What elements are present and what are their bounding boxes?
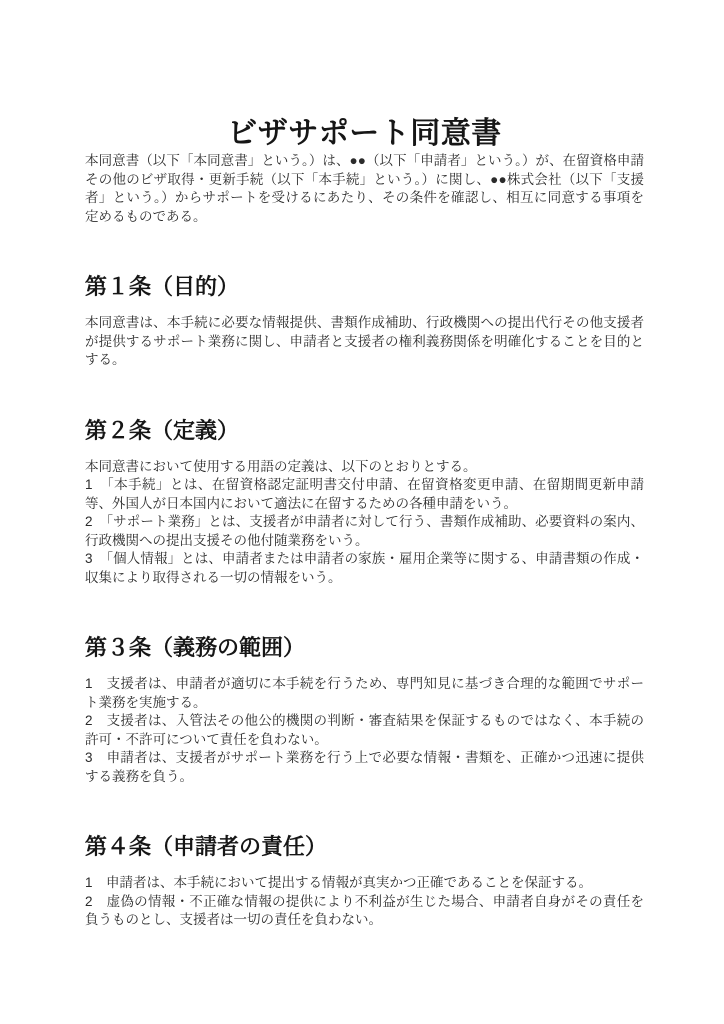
article-4-item-1: 1 申請者は、本手続において提出する情報が真実かつ正確であることを保証する。 [85,874,644,893]
article-2-heading: 第２条（定義） [85,418,644,444]
article-3-item-2: 2 支援者は、入管法その他公的機関の判断・審査結果を保証するものではなく、本手続… [85,712,644,749]
section-article-2: 第２条（定義） 本同意書において使用する用語の定義は、以下のとおりとする。 1 … [85,418,644,588]
article-4-item-2: 2 虚偽の情報・不正確な情報の提供により不利益が生じた場合、申請者自身がその責任… [85,893,644,930]
intro-paragraph: 本同意書（以下「本同意書」という。）は、●●（以下「申請者」という。）が、在留資… [85,152,644,226]
article-2-item-2: 2 「サポート業務」とは、支援者が申請者に対して行う、書類作成補助、必要資料の案… [85,513,644,550]
document-title: ビザサポート同意書 [85,116,644,152]
section-article-3: 第３条（義務の範囲） 1 支援者は、申請者が適切に本手続を行うため、専門知見に基… [85,635,644,786]
article-3-item-1: 1 支援者は、申請者が適切に本手続を行うため、専門知見に基づき合理的な範囲でサポ… [85,675,644,712]
article-2-item-1: 1 「本手続」とは、在留資格認定証明書交付申請、在留資格変更申請、在留期間更新申… [85,476,644,513]
article-3-heading: 第３条（義務の範囲） [85,635,644,661]
article-4-heading: 第４条（申請者の責任） [85,834,644,860]
article-2-intro: 本同意書において使用する用語の定義は、以下のとおりとする。 [85,458,644,477]
article-1-heading: 第１条（目的） [85,274,644,300]
section-article-4: 第４条（申請者の責任） 1 申請者は、本手続において提出する情報が真実かつ正確で… [85,834,644,930]
article-2-item-3: 3 「個人情報」とは、申請者または申請者の家族・雇用企業等に関する、申請書類の作… [85,550,644,587]
document-page: ビザサポート同意書 本同意書（以下「本同意書」という。）は、●●（以下「申請者」… [0,0,724,1024]
article-3-item-3: 3 申請者は、支援者がサポート業務を行う上で必要な情報・書類を、正確かつ迅速に提… [85,749,644,786]
article-1-paragraph: 本同意書は、本手続に必要な情報提供、書類作成補助、行政機関への提出代行その他支援… [85,314,644,370]
section-article-1: 第１条（目的） 本同意書は、本手続に必要な情報提供、書類作成補助、行政機関への提… [85,274,644,370]
